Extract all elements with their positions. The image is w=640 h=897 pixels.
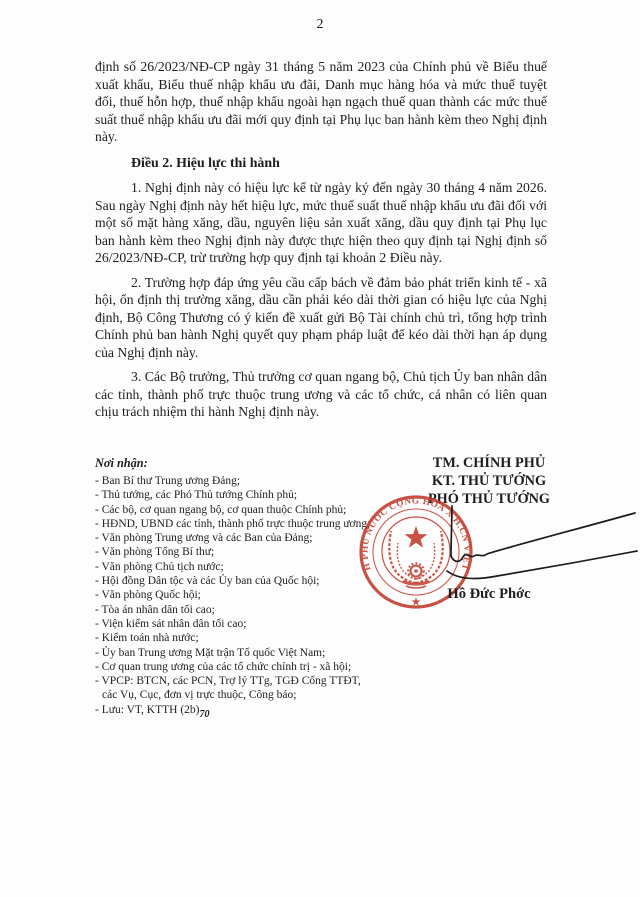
recipient-line: - Kiểm toán nhà nước; xyxy=(95,631,395,645)
page-number: 2 xyxy=(0,17,640,33)
recipient-line: - Các bộ, cơ quan ngang bộ, cơ quan thuộ… xyxy=(95,503,395,517)
recipients-heading: Nơi nhận: xyxy=(95,456,395,471)
signer-name: Hồ Đức Phớc xyxy=(368,586,610,603)
intro-paragraph: định số 26/2023/NĐ-CP ngày 31 tháng 5 nă… xyxy=(95,58,547,146)
recipient-line: - Cơ quan trung ương của các tổ chức chí… xyxy=(95,660,395,674)
article-heading: Điều 2. Hiệu lực thi hành xyxy=(95,155,547,173)
clause-1: 1. Nghị định này có hiệu lực kể từ ngày … xyxy=(95,179,547,267)
document-body: định số 26/2023/NĐ-CP ngày 31 tháng 5 nă… xyxy=(95,58,547,427)
recipient-line: - Hội đồng Dân tộc và các Ủy ban của Quố… xyxy=(95,574,395,588)
recipient-line: - Tòa án nhân dân tối cao; xyxy=(95,603,395,617)
clause-2: 2. Trường hợp đáp ứng yêu cầu cấp bách v… xyxy=(95,274,547,362)
recipient-line: - HĐND, UBND các tỉnh, thành phố trực th… xyxy=(95,517,395,531)
recipient-line-archive: - Lưu: VT, KTTH (2b)70 xyxy=(95,703,395,722)
signing-authority-line-1: TM. CHÍNH PHỦ xyxy=(368,454,610,472)
archive-note: - Lưu: VT, KTTH (2b) xyxy=(95,704,200,716)
recipient-line: - Văn phòng Trung ương và các Ban của Đả… xyxy=(95,531,395,545)
national-emblem-star-icon xyxy=(405,526,428,548)
recipient-line: - Văn phòng Chủ tịch nước; xyxy=(95,560,395,574)
recipient-line-continuation: các Vụ, Cục, đơn vị trực thuộc, Công báo… xyxy=(95,688,395,702)
recipients-block: Nơi nhận: - Ban Bí thư Trung ương Đảng; … xyxy=(95,456,395,722)
handwritten-copy-count: 70 xyxy=(200,709,210,720)
recipient-line: - VPCP: BTCN, các PCN, Trợ lý TTg, TGĐ C… xyxy=(95,674,395,688)
recipient-line: - Văn phòng Tổng Bí thư; xyxy=(95,545,395,559)
recipient-line: - Ban Bí thư Trung ương Đảng; xyxy=(95,474,395,488)
recipient-line: - Ủy ban Trung ương Mặt trận Tổ quốc Việ… xyxy=(95,646,395,660)
recipient-line: - Thủ tướng, các Phó Thủ tướng Chính phủ… xyxy=(95,488,395,502)
recipient-line: - Văn phòng Quốc hội; xyxy=(95,588,395,602)
recipient-line: - Viện kiểm sát nhân dân tối cao; xyxy=(95,617,395,631)
signing-authority-line-2: KT. THỦ TƯỚNG xyxy=(368,472,610,490)
document-page: 2 định số 26/2023/NĐ-CP ngày 31 tháng 5 … xyxy=(0,0,640,897)
clause-3: 3. Các Bộ trưởng, Thủ trưởng cơ quan nga… xyxy=(95,368,547,421)
